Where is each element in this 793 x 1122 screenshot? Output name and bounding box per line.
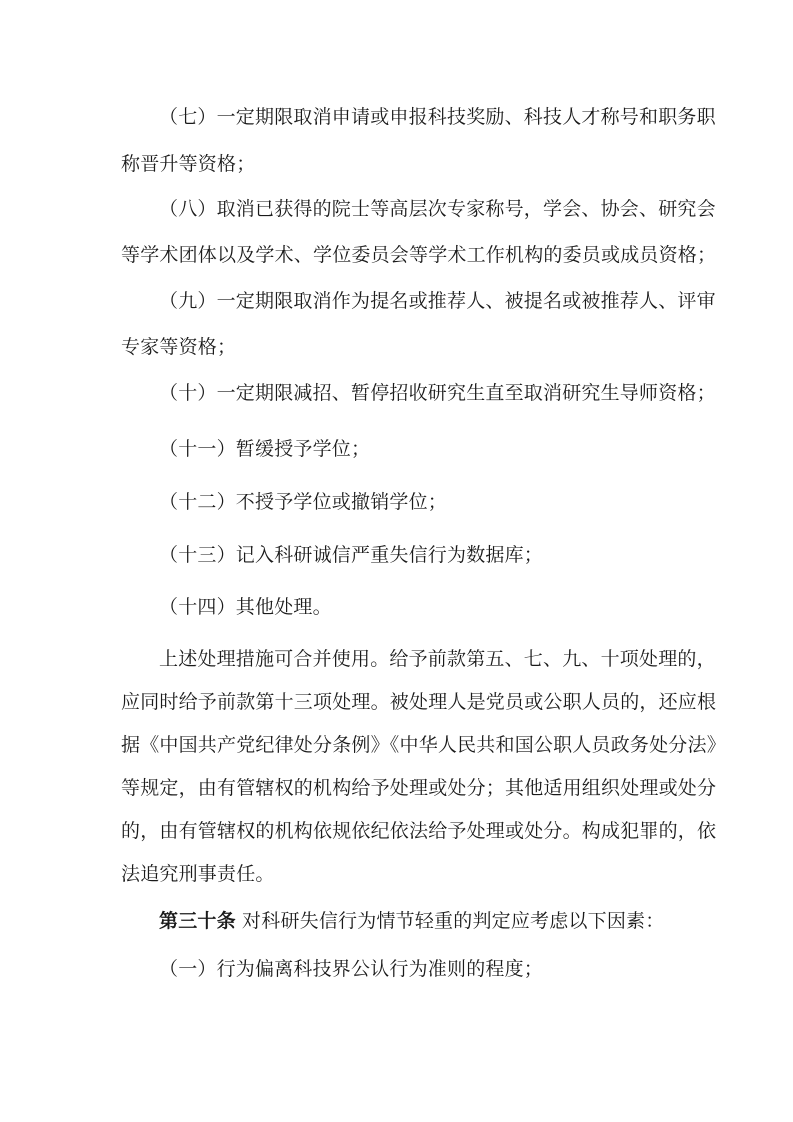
item-14: （十四）其他处理。 bbox=[159, 595, 719, 619]
item-13: （十三）记入科研诚信严重失信行为数据库； bbox=[159, 543, 719, 567]
item-8-line-1: （八）取消已获得的院士等高层次专家称号，学会、协会、研究会 bbox=[159, 197, 719, 221]
article-30: 第三十条 对科研失信行为情节轻重的判定应考虑以下因素： bbox=[159, 909, 719, 933]
item-10: （十）一定期限减招、暂停招收研究生直至取消研究生导师资格； bbox=[159, 381, 719, 405]
item-9-line-1: （九）一定期限取消作为提名或推荐人、被提名或被推荐人、评审 bbox=[159, 289, 719, 313]
item-7-line-1: （七）一定期限取消申请或申报科技奖励、科技人才称号和职务职 bbox=[159, 105, 719, 129]
item-12: （十二）不授予学位或撤销学位； bbox=[159, 490, 719, 514]
paragraph-line-1: 上述处理措施可合并使用。给予前款第五、七、九、十项处理的， bbox=[159, 647, 719, 671]
item-11: （十一）暂缓授予学位； bbox=[159, 437, 719, 461]
paragraph-line-2: 应同时给予前款第十三项处理。被处理人是党员或公职人员的，还应根 bbox=[121, 690, 681, 714]
paragraph-line-3: 据《中国共产党纪律处分条例》《中华人民共和国公职人员政务处分法》 bbox=[121, 733, 681, 757]
item-7-line-2: 称晋升等资格； bbox=[121, 152, 681, 176]
paragraph-line-4: 等规定，由有管辖权的机构给予处理或处分；其他适用组织处理或处分 bbox=[121, 776, 681, 800]
document-page: （七）一定期限取消申请或申报科技奖励、科技人才称号和职务职 称晋升等资格； （八… bbox=[0, 0, 793, 1122]
item-8-line-2: 等学术团体以及学术、学位委员会等学术工作机构的委员或成员资格； bbox=[121, 243, 681, 267]
article-heading: 第三十条 bbox=[159, 910, 236, 932]
item-9-line-2: 专家等资格； bbox=[121, 335, 681, 359]
paragraph-line-5: 的，由有管辖权的机构依规依纪依法给予处理或处分。构成犯罪的，依 bbox=[121, 819, 681, 843]
article-30-item-1: （一）行为偏离科技界公认行为准则的程度； bbox=[159, 957, 719, 981]
paragraph-line-6: 法追究刑事责任。 bbox=[121, 862, 681, 886]
article-text: 对科研失信行为情节轻重的判定应考虑以下因素： bbox=[236, 910, 665, 932]
